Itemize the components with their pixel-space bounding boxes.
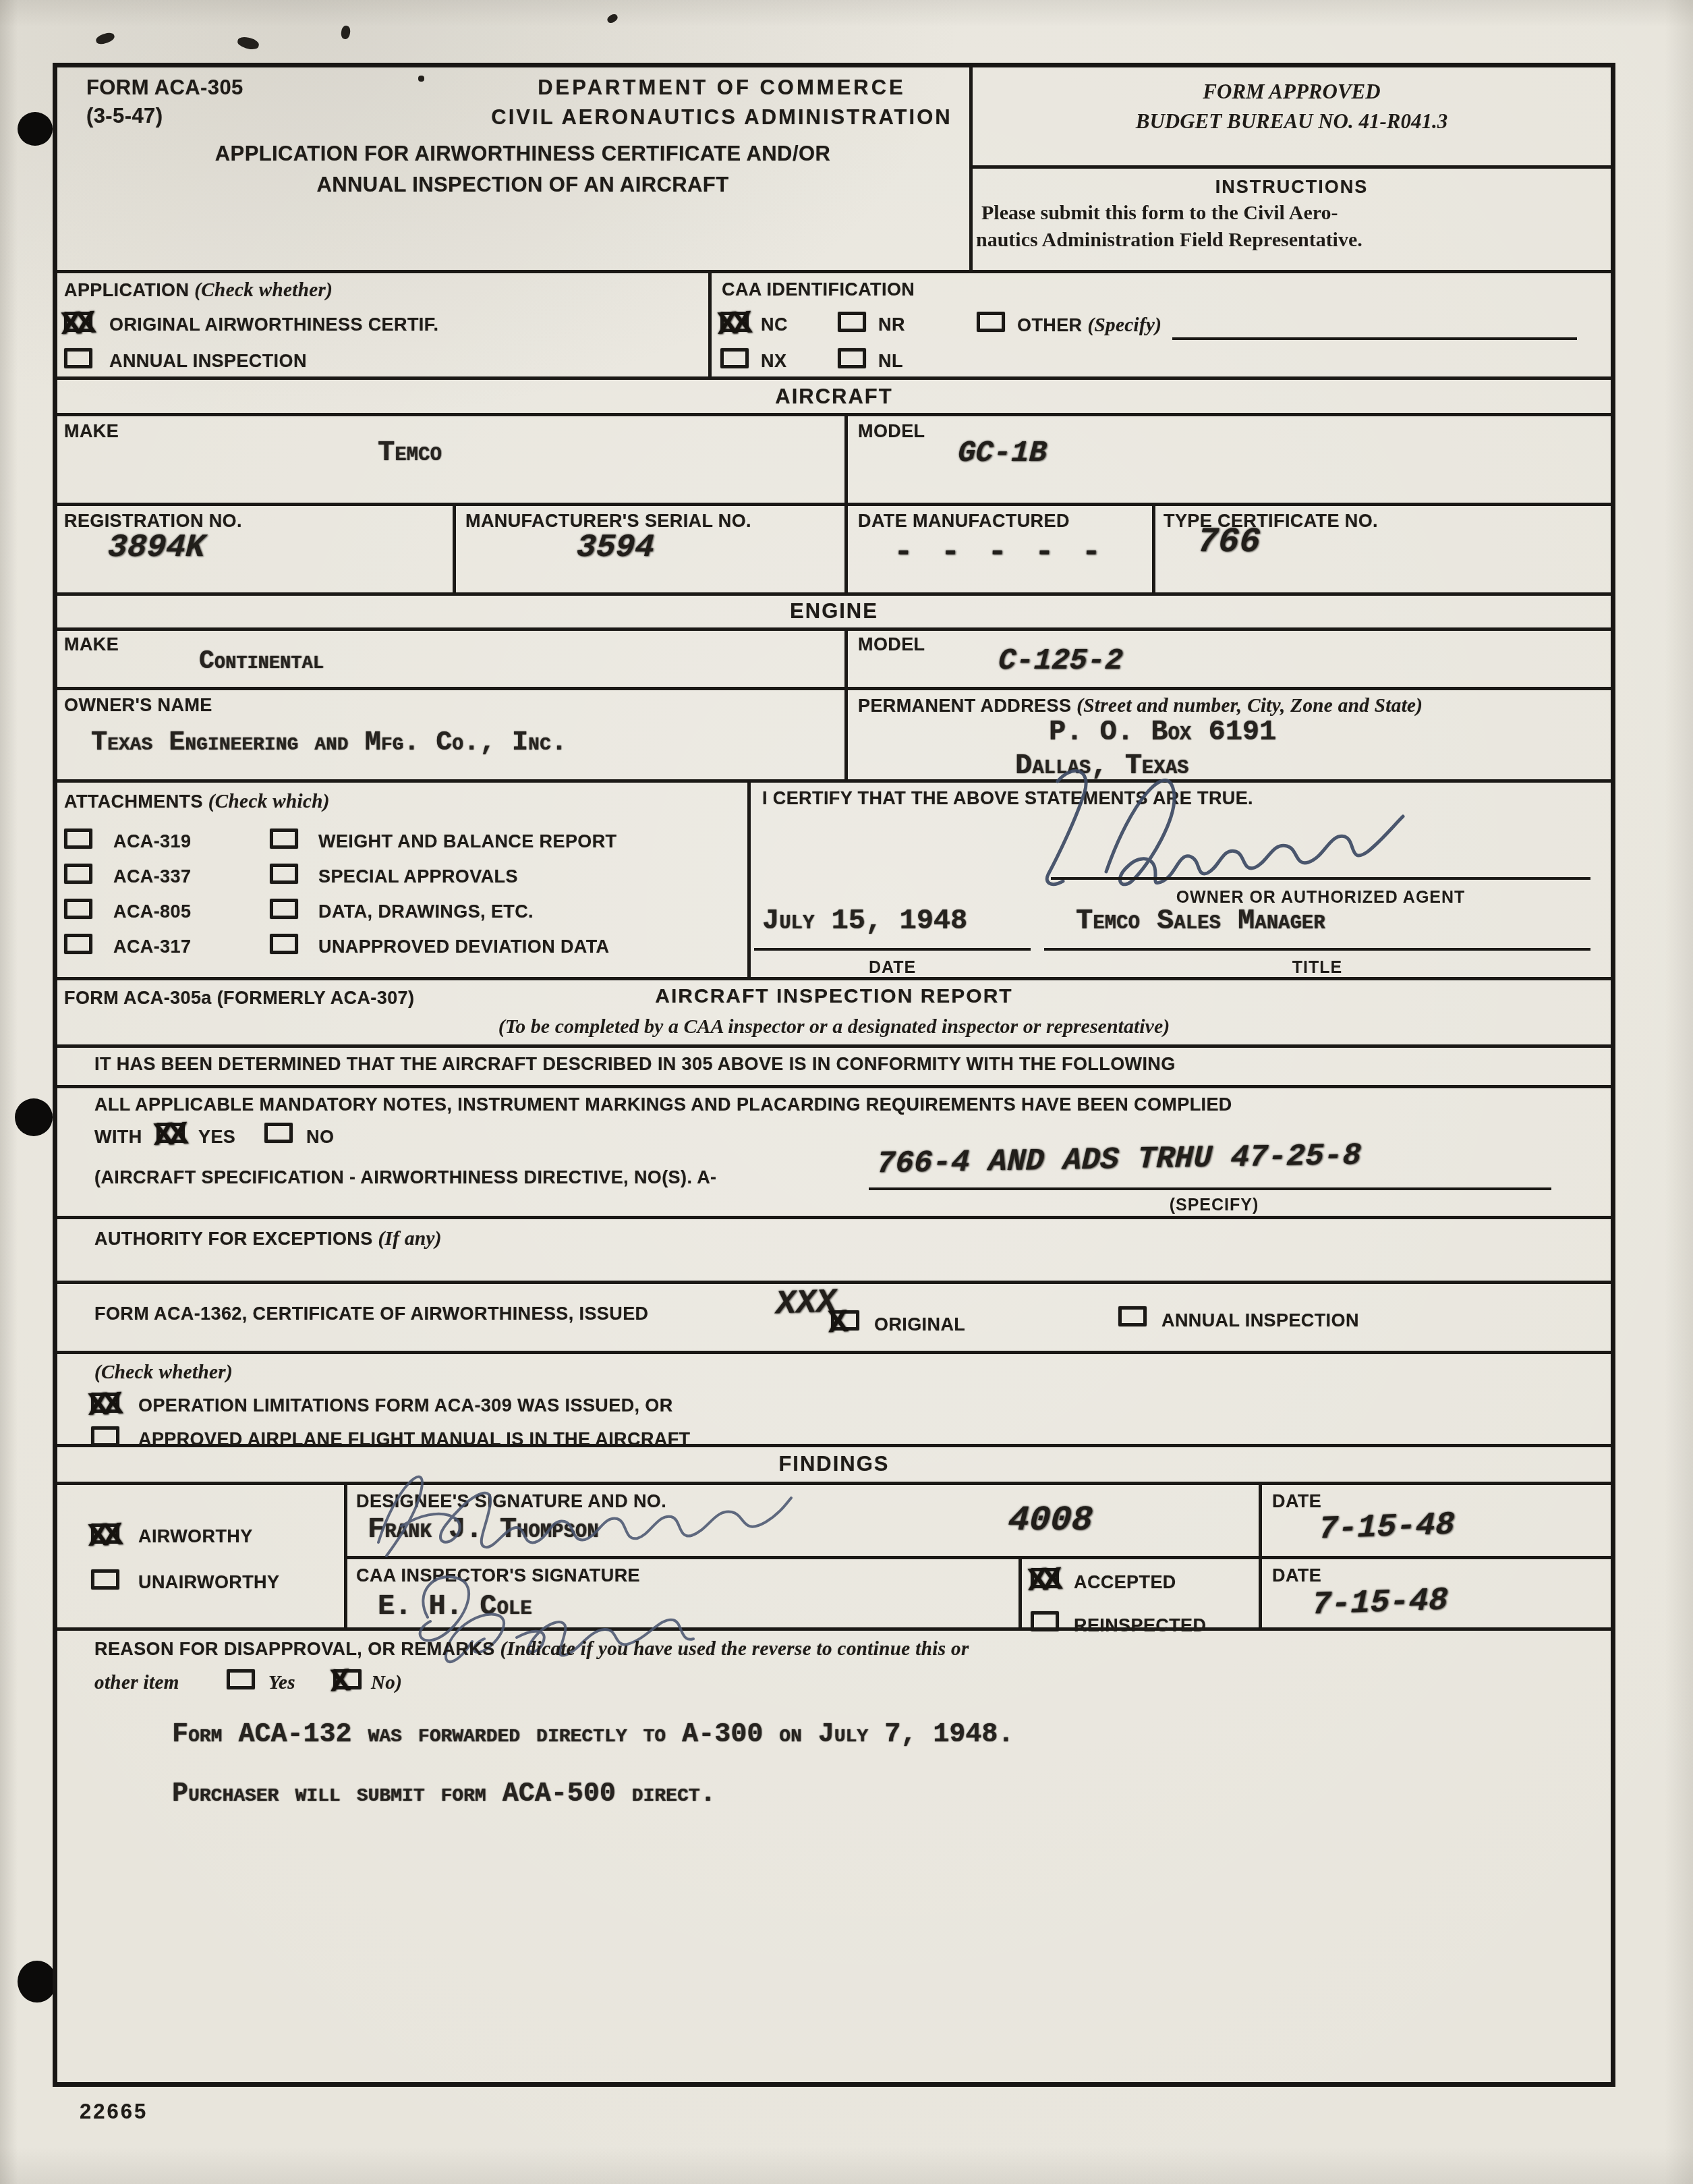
remarks-note-line1: Form ACA-132 was forwarded directly to A… [172, 1722, 1014, 1749]
specify-caption: (SPECIFY) [1045, 1196, 1383, 1215]
checkbox-mark: XX [716, 304, 747, 341]
address-line1-value: P. O. Box 6191 [1049, 718, 1276, 746]
checkbox-mark: XX [60, 304, 91, 341]
checkbox-annual-inspection[interactable] [64, 348, 92, 368]
grid-line [844, 413, 848, 592]
checkbox-unapproved-deviation[interactable] [270, 934, 298, 954]
inspector-signature [371, 1555, 722, 1690]
checkbox-flight-manual[interactable] [91, 1426, 119, 1447]
aircraft-make-value: Temco [378, 439, 442, 467]
annual-inspection-label: ANNUAL INSPECTION [109, 351, 307, 372]
aca-317-label: ACA-317 [113, 936, 191, 957]
checkbox-nx[interactable] [720, 348, 749, 368]
checkbox-reinspected[interactable] [1031, 1611, 1059, 1631]
aircraft-section-title: AIRCRAFT [57, 385, 1611, 409]
nx-label: NX [761, 351, 786, 372]
grid-line [969, 165, 1611, 169]
type-certificate-value: 766 [1197, 525, 1261, 560]
certify-title-caption: TITLE [1044, 958, 1590, 978]
grid-line [57, 413, 1611, 416]
remarks-label-text: REASON FOR DISAPPROVAL, OR REMARKS [94, 1639, 495, 1659]
check-whether-hint-text: (Check whether) [94, 1362, 233, 1383]
form-number: FORM ACA-305 [86, 76, 243, 100]
grid-line [57, 503, 1611, 506]
aircraft-model-label: MODEL [858, 421, 925, 442]
serial-value: 3594 [576, 532, 656, 564]
compliance-line1: ALL APPLICABLE MANDATORY NOTES, INSTRUME… [94, 1094, 1232, 1115]
serial-label: MANUFACTURER'S SERIAL NO. [465, 511, 751, 532]
owner-name-label: OWNER'S NAME [64, 695, 212, 716]
reverse-no-label: No) [371, 1672, 402, 1694]
grid-line [57, 376, 1611, 380]
determination-statement: IT HAS BEEN DETERMINED THAT THE AIRCRAFT… [94, 1054, 1176, 1075]
checkbox-nr[interactable] [838, 312, 866, 332]
administration-line: CIVIL AERONAUTICS ADMINISTRATION [472, 105, 971, 130]
unairworthy-label: UNAIRWORTHY [138, 1572, 279, 1593]
check-whether-hint: (Check whether) [94, 1362, 233, 1384]
designee-date-value: 7-15-48 [1318, 1509, 1455, 1546]
caa-identification-label: CAA IDENTIFICATION [722, 279, 915, 300]
designee-date-label: DATE [1272, 1491, 1321, 1512]
aircraft-model-value: GC-1B [957, 439, 1048, 468]
grid-line [453, 503, 456, 592]
checkbox-unairworthy[interactable] [91, 1569, 119, 1590]
scan-serial-number: 22665 [80, 2100, 148, 2124]
grid-line [747, 779, 751, 977]
spec-directive-label: (AIRCRAFT SPECIFICATION - AIRWORTHINESS … [94, 1167, 717, 1188]
engine-model-value: C-125-2 [998, 646, 1124, 676]
engine-section-title: ENGINE [57, 599, 1611, 623]
form-revision: (3-5-47) [86, 104, 163, 128]
aca-337-label: ACA-337 [113, 866, 191, 887]
original-airworthiness-label: ORIGINAL AIRWORTHINESS CERTIF. [109, 314, 439, 335]
registration-label: REGISTRATION NO. [64, 511, 242, 532]
ink-speck [95, 31, 116, 46]
date-manufactured-value: - - - - - [893, 536, 1106, 569]
form-approved-label: FORM APPROVED [975, 78, 1609, 105]
nl-label: NL [878, 351, 903, 372]
aca-319-label: ACA-319 [113, 831, 191, 852]
inspection-report-title: AIRCRAFT INSPECTION REPORT [57, 985, 1611, 1008]
remarks-hint-line1: (Indicate if you have used the reverse t… [500, 1638, 969, 1660]
engine-make-value: Continental [199, 649, 324, 675]
inspector-date-label: DATE [1272, 1565, 1321, 1586]
other-label: OTHER (Specify) [1017, 314, 1161, 337]
inspection-report-subtitle: (To be completed by a CAA inspector or a… [57, 1013, 1611, 1040]
nr-label: NR [878, 314, 905, 335]
grid-line [57, 270, 1611, 273]
checkbox-special-approvals[interactable] [270, 864, 298, 884]
grid-line [57, 627, 1611, 631]
authority-exceptions-hint: (If any) [378, 1228, 442, 1250]
owner-name-value: Texas Engineering and Mfg. Co., Inc. [91, 730, 567, 757]
attachments-hint: (Check which) [208, 791, 330, 812]
spec-directive-value: 766-4 AND ADS TRHU 47-25-8 [876, 1140, 1362, 1180]
permanent-address-hint: (Street and number, City, Zone and State… [1077, 695, 1423, 717]
nc-label: NC [761, 314, 788, 335]
attachments-label: ATTACHMENTS (Check which) [64, 791, 330, 813]
grid-line [1152, 503, 1155, 592]
grid-line [57, 1085, 1611, 1088]
checkbox-reverse-no[interactable]: X [333, 1669, 362, 1689]
certify-title-line[interactable] [1044, 948, 1590, 951]
certify-date-caption: DATE [754, 958, 1031, 978]
ink-speck [606, 13, 619, 25]
checkbox-issued-annual[interactable] [1118, 1306, 1147, 1326]
grid-line [57, 1216, 1611, 1219]
grid-line [344, 1482, 347, 1627]
type-certificate-label: TYPE CERTIFICATE NO. [1164, 511, 1378, 532]
grid-line [1259, 1482, 1262, 1627]
date-manufactured-label: DATE MANUFACTURED [858, 511, 1070, 532]
scanned-form-page: FORM ACA-305 (3-5-47) DEPARTMENT OF COMM… [0, 0, 1693, 2184]
grid-line [844, 627, 848, 779]
accepted-label: ACCEPTED [1074, 1572, 1176, 1593]
unapproved-deviation-label: UNAPPROVED DEVIATION DATA [318, 936, 610, 957]
spec-directive-line[interactable] [869, 1187, 1551, 1190]
checkbox-accepted[interactable]: XX [1031, 1568, 1059, 1588]
reverse-yes-label: Yes [268, 1672, 295, 1694]
form-title-line2: ANNUAL INSPECTION OF AN AIRCRAFT [88, 173, 958, 197]
grid-line [708, 270, 712, 376]
punch-hole [18, 1961, 57, 2003]
instructions-line2: nautics Administration Field Representat… [976, 227, 1362, 253]
grid-line [57, 1627, 1611, 1631]
checkbox-original-airworthiness[interactable]: XX [64, 312, 92, 332]
certify-title-value: Temco Sales Manager [1076, 907, 1325, 935]
checkbox-weight-balance[interactable] [270, 829, 298, 849]
checkbox-mark: XX [152, 1115, 183, 1152]
flight-manual-label: APPROVED AIRPLANE FLIGHT MANUAL IS IN TH… [138, 1429, 691, 1450]
ink-speck [237, 35, 260, 51]
special-approvals-label: SPECIAL APPROVALS [318, 866, 518, 887]
remarks-label-line1: REASON FOR DISAPPROVAL, OR REMARKS (Indi… [94, 1638, 969, 1660]
complied-yes-label: YES [198, 1127, 235, 1148]
permanent-address-label: PERMANENT ADDRESS (Street and number, Ci… [858, 692, 1566, 719]
certify-date-value: July 15, 1948 [762, 907, 967, 935]
engine-model-label: MODEL [858, 634, 925, 655]
complied-no-label: NO [306, 1127, 334, 1148]
checkbox-airworthy[interactable]: XX [91, 1523, 119, 1544]
checkbox-reverse-yes[interactable] [227, 1669, 255, 1689]
checkbox-mark: XX [87, 1384, 118, 1422]
data-drawings-label: DATA, DRAWINGS, ETC. [318, 901, 534, 922]
permanent-address-label-text: PERMANENT ADDRESS [858, 696, 1071, 716]
checkbox-mark: XX [1027, 1560, 1058, 1598]
application-hint: (Check whether) [194, 279, 333, 301]
punch-hole [15, 1098, 53, 1136]
aca-805-label: ACA-805 [113, 901, 191, 922]
application-label: APPLICATION (Check whether) [64, 279, 333, 302]
weight-balance-label: WEIGHT AND BALANCE REPORT [318, 831, 617, 852]
aircraft-make-label: MAKE [64, 421, 119, 442]
budget-bureau-number: BUDGET BUREAU NO. 41-R041.3 [975, 108, 1609, 135]
inspector-date-value: 7-15-48 [1311, 1584, 1448, 1621]
application-label-text: APPLICATION [64, 280, 189, 300]
registration-value: 3894K [107, 532, 206, 564]
issued-annual-label: ANNUAL INSPECTION [1161, 1310, 1359, 1331]
checkbox-nl[interactable] [838, 348, 866, 368]
checkbox-data-drawings[interactable] [270, 899, 298, 919]
instructions-title: INSTRUCTIONS [975, 177, 1609, 198]
grid-line [57, 1482, 1611, 1485]
form-title-line1: APPLICATION FOR AIRWORTHINESS CERTIFICAT… [88, 142, 958, 166]
checkbox-aca-317[interactable] [64, 934, 92, 954]
issued-original-label: ORIGINAL [874, 1314, 965, 1335]
checkbox-mark: XX [87, 1515, 118, 1553]
checkbox-issued-original[interactable]: X [831, 1310, 859, 1331]
checkbox-aca-805[interactable] [64, 899, 92, 919]
checkbox-aca-319[interactable] [64, 829, 92, 849]
grid-line [57, 592, 1611, 596]
checkbox-complied-no[interactable] [264, 1123, 293, 1143]
checkbox-mark: X [329, 1661, 345, 1698]
instructions-line1: Please submit this form to the Civil Aer… [981, 200, 1338, 226]
reverse-no-text: No) [371, 1672, 402, 1693]
reverse-yes-text: Yes [268, 1672, 295, 1693]
checkbox-other[interactable] [977, 312, 1005, 332]
airworthy-label: AIRWORTHY [138, 1526, 253, 1547]
authority-exceptions-text: AUTHORITY FOR EXCEPTIONS [94, 1229, 373, 1249]
reinspected-label: REINSPECTED [1074, 1615, 1206, 1636]
designee-signature [354, 1456, 813, 1571]
grid-line [1018, 1556, 1022, 1627]
authority-exceptions-label: AUTHORITY FOR EXCEPTIONS (If any) [94, 1228, 442, 1250]
attachments-label-text: ATTACHMENTS [64, 791, 203, 812]
other-specify-line[interactable] [1172, 337, 1577, 340]
findings-section-title: FINDINGS [57, 1452, 1611, 1476]
aca1362-label: FORM ACA-1362, CERTIFICATE OF AIRWORTHIN… [94, 1304, 648, 1324]
engine-make-label: MAKE [64, 634, 119, 655]
certify-date-line[interactable] [754, 948, 1031, 951]
checkbox-operation-limitations[interactable]: XX [91, 1393, 119, 1413]
ink-speck [341, 25, 351, 40]
checkbox-mark: X [827, 1302, 843, 1339]
operation-limitations-label: OPERATION LIMITATIONS FORM ACA-309 WAS I… [138, 1395, 673, 1416]
designee-number: 4008 [1008, 1503, 1094, 1538]
grid-line [57, 1351, 1611, 1354]
remarks-hint-item: other item [94, 1672, 179, 1693]
other-hint: (Specify) [1087, 314, 1161, 336]
owner-signature-line[interactable] [1051, 877, 1590, 880]
checkbox-complied-yes[interactable]: XX [156, 1123, 185, 1143]
department-line: DEPARTMENT OF COMMERCE [472, 76, 971, 100]
remarks-note-line2: Purchaser will submit form ACA-500 direc… [172, 1781, 716, 1808]
other-label-text: OTHER [1017, 315, 1083, 335]
compliance-with-label: WITH [94, 1127, 142, 1148]
checkbox-nc[interactable]: XX [720, 312, 749, 332]
remarks-label-line2: other item [94, 1672, 179, 1694]
checkbox-aca-337[interactable] [64, 864, 92, 884]
grid-line [57, 687, 1611, 690]
grid-line [57, 1044, 1611, 1048]
punch-hole [18, 112, 53, 146]
